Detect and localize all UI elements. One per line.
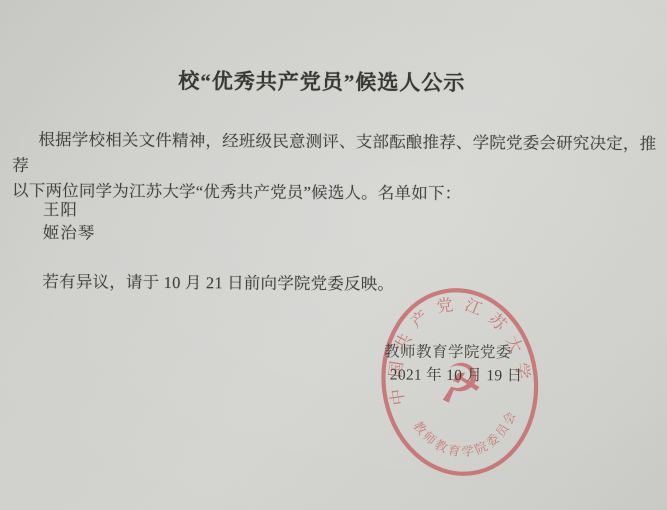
candidate-name-list: 王阳 姬治琴 [43,199,96,244]
objection-note: 若有异议，请于 10 月 21 日前向学院党委反映。 [42,268,394,294]
document-body: 校“优秀共产党员”候选人公示 根据学校相关文件精神，经班级民意测评、支部酝酿推荐… [0,0,667,510]
notice-paragraph: 根据学校相关文件精神，经班级民意测评、支部酝酿推荐、学院党委会研究决定，推荐 以… [12,127,658,208]
paragraph-line-1: 根据学校相关文件精神，经班级民意测评、支部酝酿推荐、学院党委会研究决定，推荐 [12,127,657,183]
candidate-name: 王阳 [43,199,96,222]
photographed-notice-page: { "document": { "title": "校“优秀共产党员”候选人公示… [0,0,667,510]
notice-title: 校“优秀共产党员”候选人公示 [0,64,644,98]
issuer-signature: 教师教育学院党委 [384,339,512,362]
paragraph-line-2: 以下两位同学为江苏大学“优秀共产党员”候选人。名单如下： [12,178,657,208]
candidate-name: 姬治琴 [43,222,96,245]
issue-date: 2021 年 10 月 19 日 [390,363,523,386]
